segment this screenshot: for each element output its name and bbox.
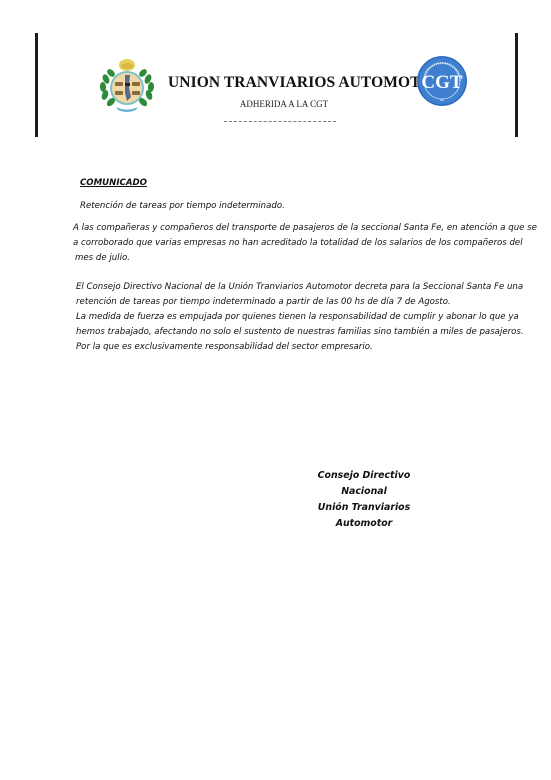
paragraph-1-line: A las compañeras y compañeros del transp…	[73, 221, 537, 236]
signature-line: Unión Tranviarios	[314, 500, 414, 516]
document-subject: Retención de tareas por tiempo indetermi…	[80, 199, 285, 214]
paragraph-2-line: La medida de fuerza es empujada por quie…	[76, 310, 524, 325]
left-margin-bar	[35, 33, 38, 137]
signature-line: Consejo Directivo	[314, 468, 414, 484]
cgt-emblem-icon: CGT RA	[416, 55, 468, 107]
paragraph-1-line: mes de julio.	[73, 251, 537, 266]
svg-text:CGT: CGT	[421, 72, 463, 93]
paragraph-1: A las compañeras y compañeros del transp…	[73, 221, 537, 266]
organization-title: UNION TRANVIARIOS AUTOMOTOR	[168, 74, 400, 92]
signature-line: Automotor	[314, 516, 414, 532]
paragraph-2-line: hemos trabajado, afectando no solo el su…	[76, 325, 524, 340]
paragraph-1-line: a corroborado que varias empresas no han…	[73, 236, 537, 251]
paragraph-2-line: retención de tareas por tiempo indetermi…	[76, 295, 524, 310]
uta-emblem-icon	[98, 57, 156, 113]
header-dotted-rule	[224, 121, 336, 122]
signature-block: Consejo Directivo Nacional Unión Tranvia…	[314, 468, 414, 532]
right-margin-bar	[515, 33, 518, 137]
document-heading: COMUNICADO	[80, 176, 147, 191]
paragraph-2-line: El Consejo Directivo Nacional de la Unió…	[76, 280, 524, 295]
affiliation-subtitle: ADHERIDA A LA CGT	[168, 99, 400, 109]
signature-line: Nacional	[314, 484, 414, 500]
paragraph-2-line: Por la que es exclusivamente responsabil…	[76, 340, 524, 355]
paragraph-2: El Consejo Directivo Nacional de la Unió…	[76, 280, 524, 355]
